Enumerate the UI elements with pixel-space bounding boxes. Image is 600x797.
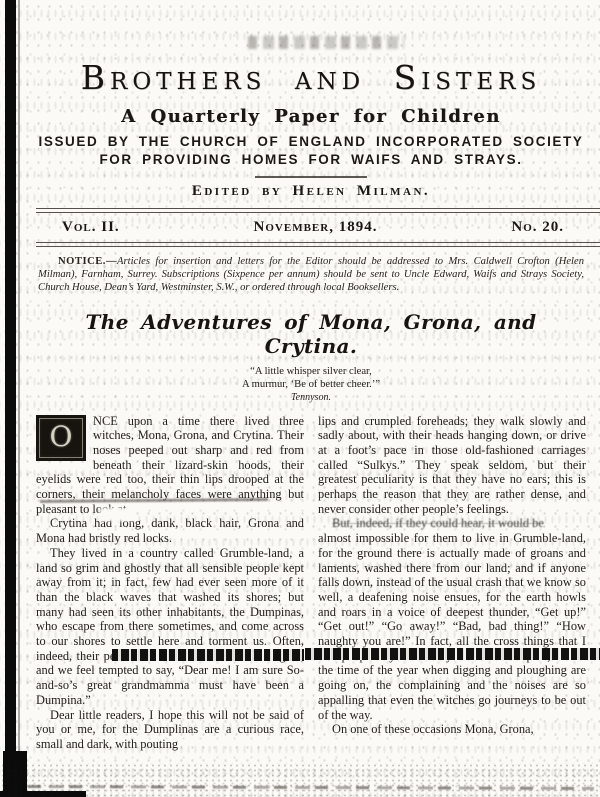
issued-line-1: ISSUED BY THE CHURCH OF ENGLAND INCORPOR… <box>36 134 586 149</box>
paragraph: almost impossible for them to live in Gr… <box>318 531 586 722</box>
right-column: lips and crumpled foreheads; they walk s… <box>318 414 586 752</box>
masthead: Brothers and Sisters A Quarterly Paper f… <box>36 58 586 200</box>
scan-gutter-bar <box>5 0 16 797</box>
epigraph-line-2: A murmur, ‘Be of better cheer.’” <box>36 379 586 392</box>
notice-paragraph: NOTICE.—Articles for insertion and lette… <box>38 255 584 294</box>
edited-by-line: Edited by Helen Milman. <box>36 183 586 200</box>
epigraph-attribution: Tennyson. <box>36 392 586 405</box>
story-title: The Adventures of Mona, Grona, and Cryti… <box>36 310 586 358</box>
scan-noise-band-right <box>305 648 600 660</box>
divider-short-rule <box>255 176 367 178</box>
masthead-title: Brothers and Sisters <box>36 58 586 97</box>
masthead-subtitle: A Quarterly Paper for Children <box>36 106 586 127</box>
paragraph-continuation: lips and crumpled foreheads; they walk s… <box>318 414 586 517</box>
notice-label: NOTICE.— <box>58 256 117 267</box>
paragraph: Crytina had long, dank, black hair, Gron… <box>36 516 304 545</box>
scan-noise-band-left <box>112 649 304 661</box>
paragraph-smudged-line: But, indeed, if they could hear, it woul… <box>318 516 587 531</box>
issued-line-2: FOR PROVIDING HOMES FOR WAIFS AND STRAYS… <box>36 152 586 167</box>
print-through-smudge <box>248 36 404 49</box>
scanned-page: Brothers and Sisters A Quarterly Paper f… <box>0 0 600 797</box>
white-scan-blob <box>100 508 136 521</box>
paragraph: Dear little readers, I hope this will no… <box>36 708 304 752</box>
story-body: ONCE upon a time there lived three witch… <box>36 414 586 752</box>
left-column: ONCE upon a time there lived three witch… <box>36 414 304 752</box>
divider-double-rule-bottom <box>36 242 600 247</box>
paragraph: They lived in a country called Grumble-l… <box>36 546 304 708</box>
epigraph: “A little whisper silver clear, A murmur… <box>36 366 586 405</box>
issue-date: November, 1894. <box>120 219 512 236</box>
volume-label: Vol. II. <box>62 219 120 236</box>
epigraph-line-1: “A little whisper silver clear, <box>36 366 586 379</box>
paragraph: On one of these occasions Mona, Grona, <box>318 722 586 737</box>
issue-bar: Vol. II. November, 1894. No. 20. <box>36 213 586 242</box>
dropcap-initial: O <box>36 415 86 461</box>
scan-gutter-shadow <box>18 0 20 797</box>
issue-number: No. 20. <box>511 219 564 236</box>
bottom-speckle-noise <box>0 763 600 797</box>
notice-text: Articles for insertion and letters for t… <box>38 256 584 293</box>
